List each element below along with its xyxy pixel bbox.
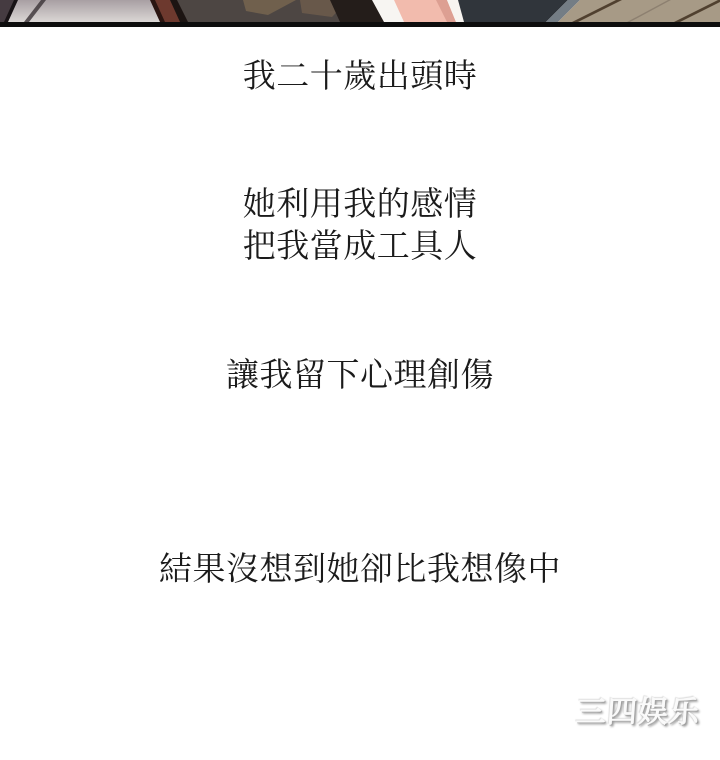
comic-panel-art (0, 0, 720, 27)
comic-page: 我二十歲出頭時 她利用我的感情 把我當成工具人 讓我留下心理創傷 結果沒想到她卻… (0, 0, 720, 760)
narration-line-2: 她利用我的感情 (0, 184, 720, 224)
narration-line-3: 把我當成工具人 (0, 226, 720, 266)
panel-art-svg (0, 0, 720, 27)
panel-border (0, 22, 720, 27)
narration-line-1: 我二十歲出頭時 (0, 56, 720, 96)
narration-line-4: 讓我留下心理創傷 (0, 355, 720, 395)
watermark: 三四娱乐 (575, 695, 702, 731)
art-silver-garment (8, 0, 170, 22)
narration-line-5: 結果沒想到她卻比我想像中 (0, 549, 720, 589)
